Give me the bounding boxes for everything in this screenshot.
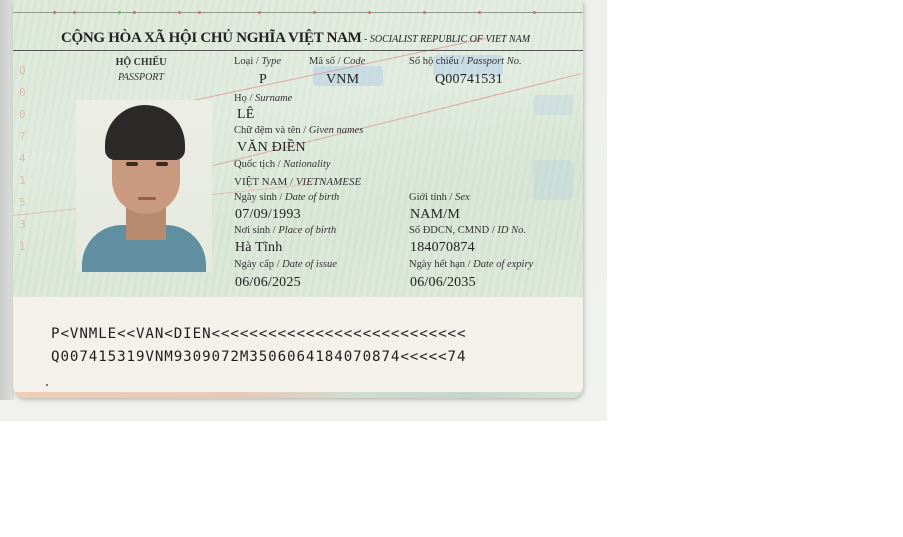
surname-label: Họ / Surname: [234, 93, 292, 104]
place-of-birth-label: Nơi sinh / Place of birth: [234, 225, 336, 236]
document-title-vi: HỘ CHIẾU: [96, 57, 186, 68]
security-pattern: [533, 160, 573, 200]
nationality-label: Quốc tịch / Nationality: [234, 159, 331, 170]
country-name-vi: CỘNG HÒA XÃ HỘI CHỦ NGHĨA VIỆT NAM: [61, 30, 362, 46]
passport-data-page: CỘNG HÒA XÃ HỘI CHỦ NGHĨA VIỆT NAM - SOC…: [13, 0, 583, 398]
date-of-expiry-label: Ngày hết hạn / Date of expiry: [409, 259, 533, 270]
date-of-issue-label: Ngày cấp / Date of issue: [234, 259, 337, 270]
id-number-label: Số ĐDCN, CMND / ID No.: [409, 225, 526, 236]
place-of-birth-value: Hà Tĩnh: [235, 240, 282, 256]
given-names-label: Chữ đệm và tên / Given names: [234, 125, 363, 136]
date-of-issue-value: 06/06/2025: [235, 275, 301, 291]
type-value: P: [259, 72, 267, 88]
date-of-birth-value: 07/09/1993: [235, 207, 301, 223]
given-names-value: VĂN ĐIỀN: [237, 140, 306, 156]
bottom-security-strip: [13, 392, 583, 398]
code-value: VNM: [326, 72, 359, 88]
passport-number-label: Số hộ chiếu / Passport No.: [409, 56, 522, 67]
passport-number-value: Q00741531: [435, 72, 503, 88]
issuing-country: CỘNG HÒA XÃ HỘI CHỦ NGHĨA VIỆT NAM - SOC…: [61, 30, 530, 47]
date-of-expiry-value: 06/06/2035: [410, 275, 476, 291]
nationality-value: VIỆT NAM / VIETNAMESE: [234, 176, 361, 188]
date-of-birth-label: Ngày sinh / Date of birth: [234, 192, 339, 203]
document-title-en: PASSPORT: [96, 72, 186, 83]
type-label: Loại / Type: [234, 56, 281, 67]
security-pattern: [533, 95, 573, 115]
id-number-value: 184070874: [410, 240, 475, 256]
sex-label: Giới tính / Sex: [409, 192, 470, 203]
ghost-passport-number: Q00741531: [19, 60, 59, 290]
speck: [46, 384, 48, 386]
sex-value: NAM/M: [410, 207, 460, 223]
surname-value: LÊ: [237, 107, 255, 123]
mrz-line-1: P<VNMLE<<VAN<DIEN<<<<<<<<<<<<<<<<<<<<<<<…: [51, 326, 466, 342]
header-rule: [13, 50, 583, 51]
scan-edge-shadow: [0, 0, 14, 400]
code-label: Mã số / Code: [309, 56, 365, 67]
holder-photo: [76, 100, 212, 272]
country-name-en: - SOCIALIST REPUBLIC OF VIET NAM: [362, 34, 531, 45]
mrz-line-2: Q007415319VNM9309072M3506064184070874<<<…: [51, 349, 466, 365]
top-rule: [13, 12, 583, 13]
